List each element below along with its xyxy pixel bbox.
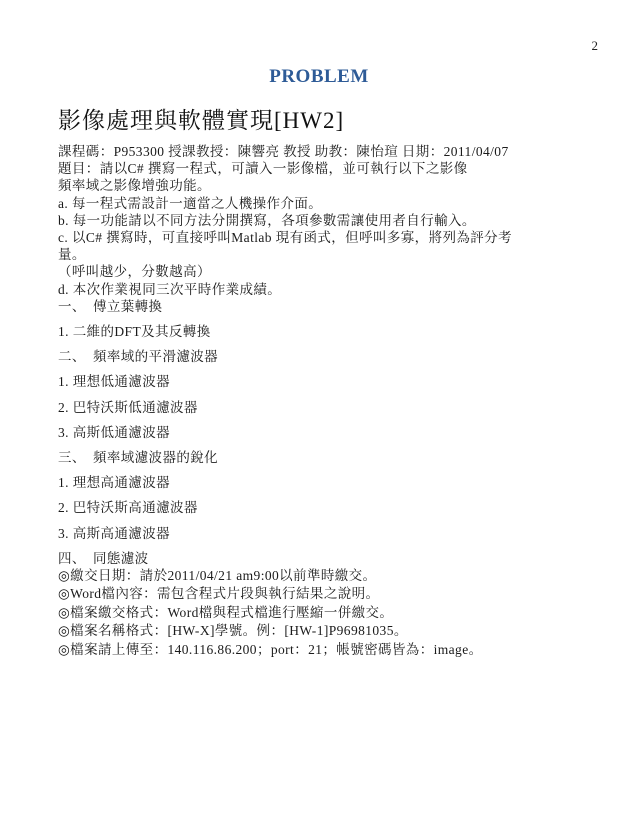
file-format: ◎檔案繳交格式：Word檔與程式檔進行壓縮一併繳交。	[58, 604, 580, 622]
requirement-a: a. 每一程式需設計一適當之人機操作介面。	[58, 195, 580, 212]
document-heading: 影像處理與軟體實現[HW2]	[58, 106, 580, 136]
requirement-d: d. 本次作業視同三次平時作業成績。	[58, 281, 580, 298]
assignment-topic-line: 題目：請以C# 撰寫一程式，可讀入一影像檔，並可執行以下之影像	[58, 160, 580, 177]
requirement-c-continued: 量。	[58, 246, 580, 263]
item-ideal-lowpass: 1. 理想低通濾波器	[58, 373, 580, 390]
section-1-fourier-transform: 一、 傅立葉轉換	[58, 298, 580, 315]
section-4-homomorphic-filtering: 四、 同態濾波	[58, 550, 580, 567]
assignment-topic-line-2: 頻率域之影像增強功能。	[58, 177, 580, 194]
course-info-line: 課程碼：P953300 授課教授：陳響亮 教授 助教：陳怡瑄 日期：2011/0…	[58, 143, 580, 160]
requirement-b: b. 每一功能請以不同方法分開撰寫，各項參數需讓使用者自行輸入。	[58, 212, 580, 229]
page-number: 2	[592, 38, 599, 53]
word-file-content: ◎Word檔內容：需包含程式片段與執行結果之說明。	[58, 585, 580, 603]
item-ideal-highpass: 1. 理想高通濾波器	[58, 474, 580, 491]
document-body: 影像處理與軟體實現[HW2] 課程碼：P953300 授課教授：陳響亮 教授 助…	[58, 106, 580, 659]
item-2d-dft: 1. 二維的DFT及其反轉換	[58, 323, 580, 340]
item-gaussian-lowpass: 3. 高斯低通濾波器	[58, 424, 580, 441]
item-butterworth-lowpass: 2. 巴特沃斯低通濾波器	[58, 399, 580, 416]
item-butterworth-highpass: 2. 巴特沃斯高通濾波器	[58, 499, 580, 516]
section-2-smoothing-filters: 二、 頻率域的平滑濾波器	[58, 348, 580, 365]
file-naming: ◎檔案名稱格式：[HW-X]學號。例：[HW-1]P96981035。	[58, 622, 580, 640]
submission-deadline: ◎繳交日期：請於2011/04/21 am9:00以前準時繳交。	[58, 567, 580, 585]
upload-info: ◎檔案請上傳至：140.116.86.200；port：21；帳號密碼皆為：im…	[58, 641, 580, 659]
document-page: 2 PROBLEM 影像處理與軟體實現[HW2] 課程碼：P953300 授課教…	[0, 0, 638, 826]
item-gaussian-highpass: 3. 高斯高通濾波器	[58, 525, 580, 542]
scoring-note: （呼叫越少，分數越高）	[58, 263, 580, 280]
section-3-sharpening-filters: 三、 頻率域濾波器的銳化	[58, 449, 580, 466]
section-title: PROBLEM	[0, 66, 638, 88]
requirement-c: c. 以C# 撰寫時，可直接呼叫Matlab 現有函式，但呼叫多寡，將列為評分考	[58, 229, 580, 246]
